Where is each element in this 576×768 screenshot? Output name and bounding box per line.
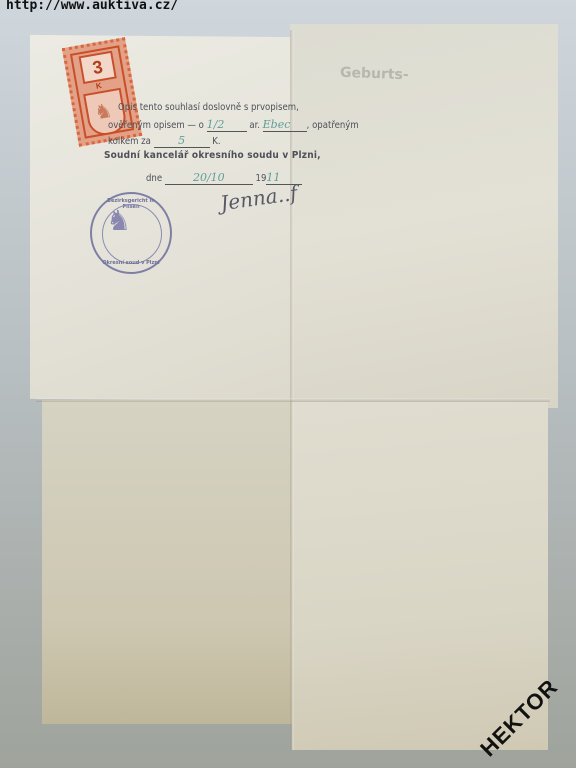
line3-suffix: K. [212, 136, 220, 147]
year-prefix: 19 [256, 173, 267, 184]
vertical-fold-line [290, 30, 294, 750]
certification-line-2: ověřeným opisem — o 1/2 ar. Ebec, opatře… [108, 118, 359, 132]
stamp-currency: K [95, 81, 102, 91]
source-url: http://www.auktiva.cz/ [6, 0, 178, 13]
handwritten-date: 20/10 [165, 171, 253, 185]
certification-line-3: kolkem za 5 K. [108, 134, 221, 148]
stamp-value: 3 [78, 51, 116, 84]
show-through-text: Geburts- [340, 65, 409, 83]
certification-line-1: Opis tento souhlasí doslovně s prvopisem… [118, 102, 299, 113]
court-seal: Bezirksgericht in Pilsen ♞ Okresní soud … [90, 192, 172, 274]
line2-mid: ar. [249, 120, 260, 131]
handwritten-fee: 5 [154, 134, 210, 148]
line3-prefix: kolkem za [108, 136, 151, 147]
line2-prefix: ověřeným opisem — o [108, 120, 204, 131]
lion-emblem-icon: ♞ [106, 204, 131, 237]
date-prefix: dne [146, 173, 162, 184]
horizontal-fold-line [36, 398, 550, 402]
paper-quadrant-top-right [290, 24, 558, 408]
handwritten-count: 1/2 [207, 118, 247, 132]
court-office-line: Soudní kancelář okresního soudu v Plzni, [104, 150, 321, 161]
paper-quadrant-bottom-left [42, 400, 294, 724]
handwritten-note: Ebec [263, 118, 307, 132]
paper-quadrant-bottom-right [292, 402, 548, 750]
line2-suffix: , opatřeným [307, 120, 359, 131]
seal-bottom-text: Okresní soud v Plzni [100, 260, 162, 266]
